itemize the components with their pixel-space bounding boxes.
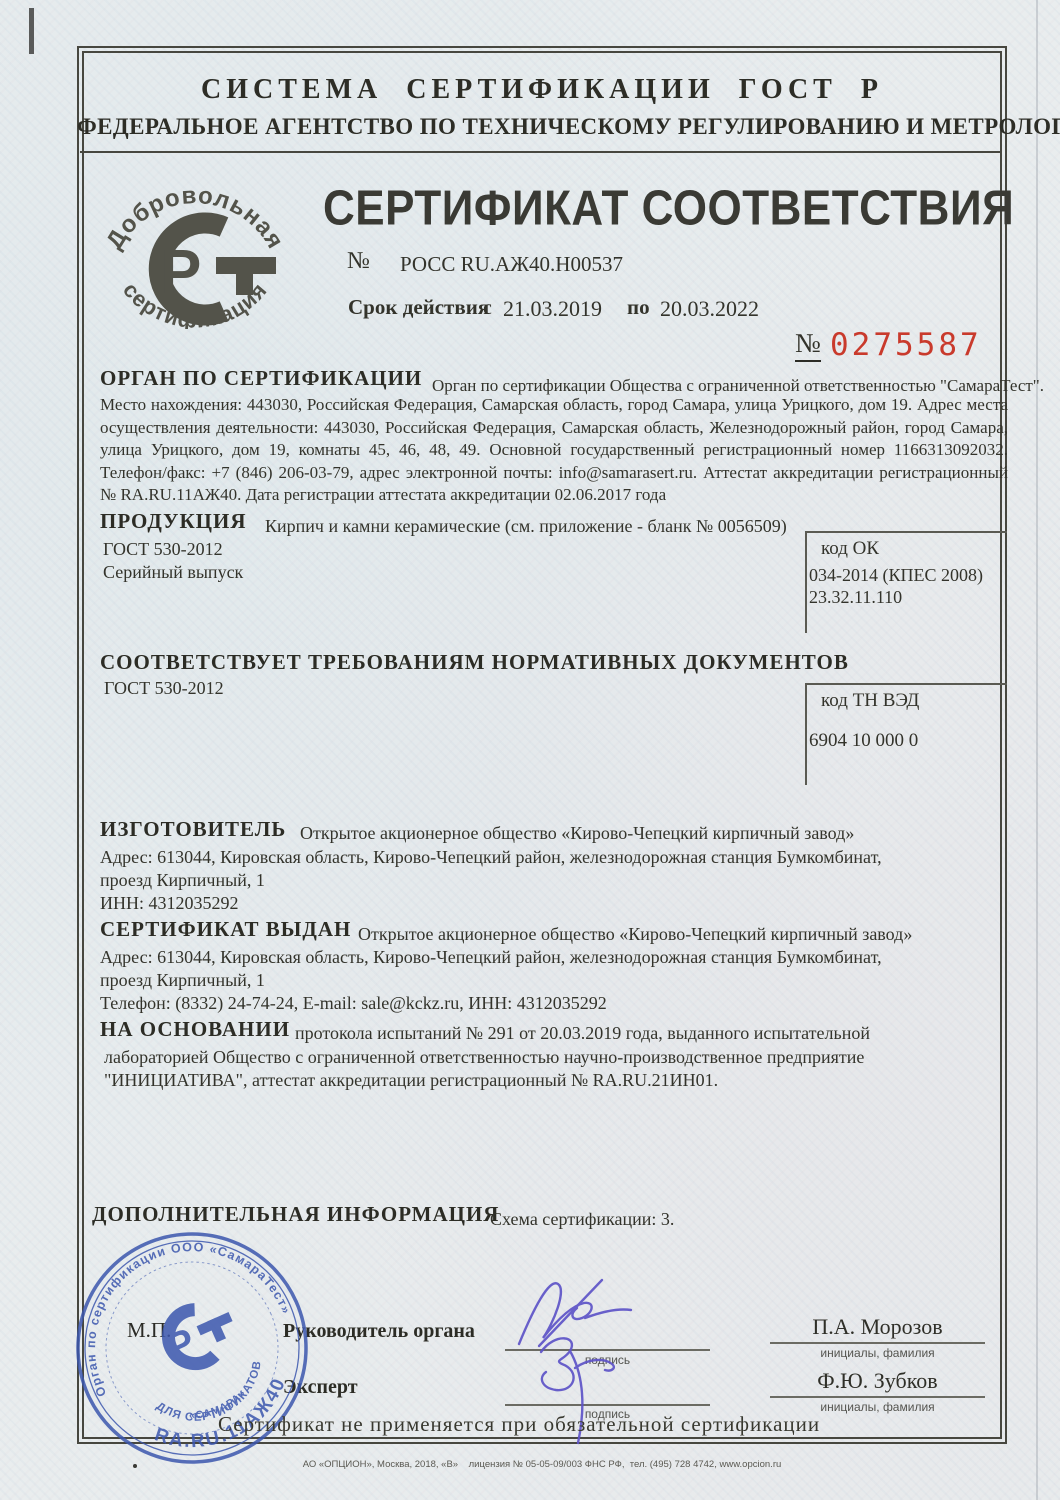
holder-address-line2: проезд Кирпичный, 1 [100, 970, 265, 991]
paper-edge [1036, 0, 1038, 1500]
form-number-value: 0275587 [830, 327, 982, 363]
basis-section-label: НА ОСНОВАНИИ [100, 1017, 290, 1042]
form-number-label: № [795, 328, 821, 362]
additional-value: Схема сертификации: 3. [490, 1209, 674, 1230]
product-serial: Серийный выпуск [103, 562, 243, 583]
number-label: № [347, 248, 370, 275]
ok-code-line1: 034-2014 (КПЕС 2008) [809, 565, 983, 586]
basis-line3: "ИНИЦИАТИВА", аттестат аккредитации реги… [104, 1070, 718, 1091]
manufacturer-section-label: ИЗГОТОВИТЕЛЬ [100, 817, 286, 842]
holder-address-line1: Адрес: 613044, Кировская область, Кирово… [100, 947, 882, 968]
product-section-label: ПРОДУКЦИЯ [100, 509, 247, 534]
validity-to-label: по [627, 295, 650, 320]
org-body: Место нахождения: 443030, Российская Фед… [100, 394, 1008, 507]
org-section-label: ОРГАН ПО СЕРТИФИКАЦИИ [100, 366, 422, 391]
product-gost: ГОСТ 530-2012 [103, 539, 223, 560]
head-name-caption: инициалы, фамилия [770, 1346, 985, 1360]
expert-name-line [770, 1396, 985, 1398]
validity-to-date: 20.03.2022 [660, 296, 759, 322]
validity-from-date: 21.03.2019 [503, 296, 602, 322]
number-value: РОСС RU.АЖ40.Н00537 [400, 252, 623, 277]
compliance-gost: ГОСТ 530-2012 [104, 678, 224, 699]
scan-artifact [29, 8, 34, 54]
validity-label: Срок действия [348, 295, 489, 320]
manufacturer-name: Открытое акционерное общество «Кирово-Че… [300, 823, 854, 844]
bottom-note: Сертификат не применяется при обязательн… [218, 1412, 820, 1437]
ok-code-line2: 23.32.11.110 [809, 587, 902, 608]
additional-section-label: ДОПОЛНИТЕЛЬНАЯ ИНФОРМАЦИЯ [92, 1202, 499, 1227]
compliance-section-label: СООТВЕТСТВУЕТ ТРЕБОВАНИЯМ НОРМАТИВНЫХ ДО… [100, 650, 849, 675]
print-footer: АО «ОПЦИОН», Москва, 2018, «В» лицензия … [77, 1459, 1007, 1470]
basis-line2: лабораторией Общество с ограниченной отв… [104, 1047, 864, 1068]
header-divider [80, 151, 1002, 153]
holder-section-label: СЕРТИФИКАТ ВЫДАН [100, 917, 351, 942]
system-title: СИСТЕМА СЕРТИФИКАЦИИ ГОСТ Р [77, 74, 1007, 106]
tnved-code-label: код ТН ВЭД [821, 690, 919, 712]
product-name: Кирпич и камни керамические (см. приложе… [265, 516, 787, 537]
org-intro: Орган по сертификации Общества с огранич… [432, 376, 1044, 396]
rst-logo-icon: Добровольная сертификация Р [88, 163, 302, 329]
manufacturer-address-line2: проезд Кирпичный, 1 [100, 870, 265, 891]
certificate-title: СЕРТИФИКАТ СООТВЕТСТВИЯ [323, 181, 1014, 237]
logo-p-letter: Р [160, 238, 201, 307]
agency-title: ФЕДЕРАЛЬНОЕ АГЕНТСТВО ПО ТЕХНИЧЕСКОМУ РЕ… [77, 114, 1007, 140]
certificate-scan: СИСТЕМА СЕРТИФИКАЦИИ ГОСТ Р ФЕДЕРАЛЬНОЕ … [0, 0, 1060, 1500]
ok-code-label: код ОК [821, 538, 879, 560]
basis-line1: протокола испытаний № 291 от 20.03.2019 … [295, 1023, 870, 1044]
head-name-line [770, 1342, 985, 1344]
head-name: П.А. Морозов [770, 1314, 985, 1340]
manufacturer-address-line1: Адрес: 613044, Кировская область, Кирово… [100, 847, 882, 868]
logo-t-stem [236, 257, 253, 295]
validity-from-label: с [483, 297, 492, 320]
holder-name: Открытое акционерное общество «Кирово-Че… [358, 924, 912, 945]
expert-name: Ф.Ю. Зубков [770, 1368, 985, 1394]
manufacturer-inn: ИНН: 4312035292 [100, 893, 239, 914]
holder-contacts: Телефон: (8332) 24-74-24, E-mail: sale@k… [100, 993, 607, 1014]
tnved-code-value: 6904 10 000 0 [809, 730, 918, 752]
